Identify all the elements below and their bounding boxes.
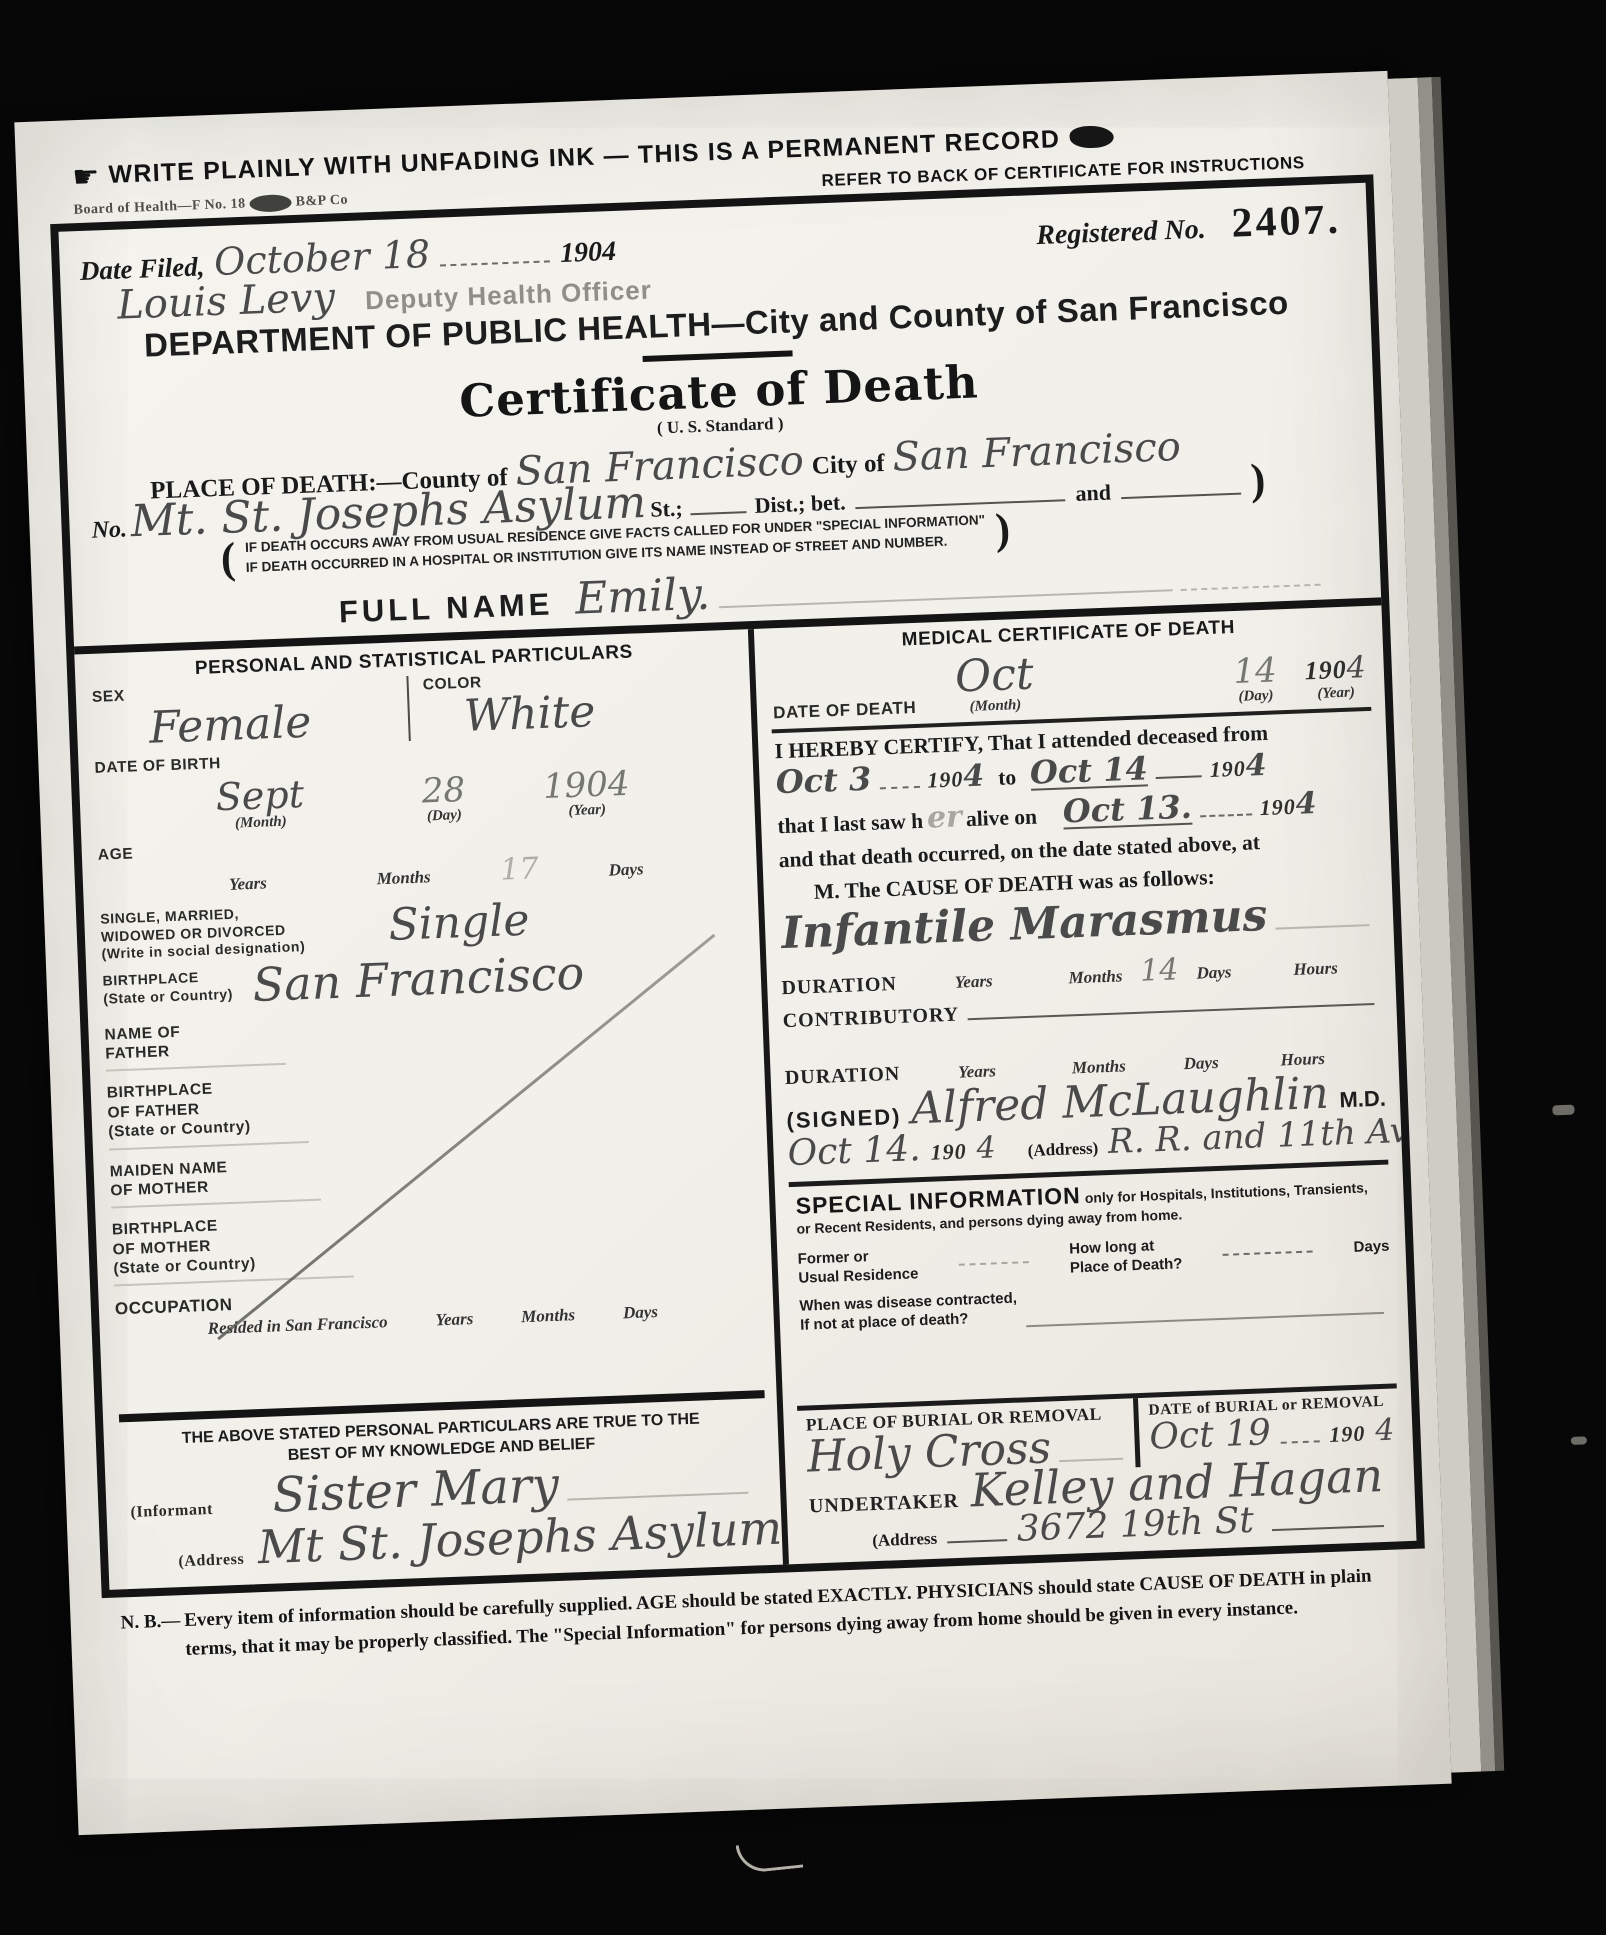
father-birthplace-field: BIRTHPLACE OF FATHER (State or Country) bbox=[106, 1060, 754, 1150]
city-label: City of bbox=[811, 450, 885, 481]
marital-value: Single bbox=[388, 899, 530, 948]
seal-stamp-icon bbox=[249, 194, 292, 213]
leader-line bbox=[1156, 771, 1202, 779]
howlong-label-1: How long at bbox=[1069, 1237, 1155, 1257]
registered-no-value: 2407. bbox=[1231, 196, 1342, 248]
dob-year: 1904 (Year) bbox=[542, 767, 630, 821]
date-of-death-label: DATE OF DEATH bbox=[773, 697, 917, 724]
and-label: and bbox=[1075, 480, 1111, 507]
sex-label: SEX bbox=[92, 688, 125, 706]
birthplace-label-sub: (State or Country) bbox=[103, 985, 233, 1006]
age-label: AGE bbox=[98, 845, 134, 863]
color-field: COLOR White bbox=[406, 664, 739, 742]
father-name-label-2: FATHER bbox=[105, 1043, 170, 1062]
certificate-border-box: Date Filed, October 18 1904 Registered N… bbox=[50, 174, 1425, 1598]
special-heading: SPECIAL INFORMATION only for Hospitals, … bbox=[795, 1171, 1388, 1240]
undertaker-address-label: (Address bbox=[872, 1529, 938, 1551]
father-name-label: NAME OF FATHER bbox=[104, 1023, 180, 1062]
full-name-label: FULL NAME bbox=[338, 587, 554, 631]
dob-year-value: 1904 bbox=[542, 767, 630, 804]
blank-field-line bbox=[1121, 489, 1241, 499]
birthplace-label: BIRTHPLACE (State or Country) bbox=[102, 968, 233, 1008]
date-filed-year: 1904 bbox=[560, 236, 617, 270]
mother-maiden-label: MAIDEN NAME OF MOTHER bbox=[109, 1159, 227, 1200]
attended-from-value: Oct 3 bbox=[775, 763, 872, 799]
duration2-days-unit: Days bbox=[1183, 1053, 1219, 1074]
attended-to-value: Oct 14 bbox=[1029, 752, 1148, 790]
howlong-days-unit: Days bbox=[1353, 1237, 1390, 1258]
attended-from-year-hw: 4 bbox=[963, 761, 985, 792]
city-value: San Francisco bbox=[892, 427, 1182, 478]
to-label: to bbox=[998, 765, 1017, 791]
father-bp-label-3: (State or Country) bbox=[108, 1118, 251, 1140]
blank-field-line bbox=[967, 999, 1374, 1020]
blank-field-line bbox=[1275, 920, 1369, 930]
howlong-label-2: Place of Death? bbox=[1070, 1255, 1183, 1276]
title-divider bbox=[643, 350, 793, 362]
special-note-1: only for Hospitals, Institutions, Transi… bbox=[1085, 1179, 1369, 1206]
blank-field-line bbox=[718, 585, 1172, 608]
mother-bp-label-1: BIRTHPLACE bbox=[112, 1218, 218, 1239]
leader-line bbox=[947, 1535, 1007, 1543]
duration1-label: DURATION bbox=[781, 973, 897, 1000]
form-code-right: B&P Co bbox=[295, 193, 348, 210]
blank-field-line bbox=[691, 507, 747, 515]
duration1-years-unit: Years bbox=[954, 971, 993, 992]
informant-box: THE ABOVE STATED PERSONAL PARTICULARS AR… bbox=[119, 1390, 771, 1589]
dob-month: Sept (Month) bbox=[215, 775, 305, 833]
blank-field-line bbox=[106, 1063, 286, 1072]
dod-year: 1904 (Year) bbox=[1304, 653, 1367, 703]
dist-label: Dist.; bet. bbox=[754, 489, 846, 518]
dob-day-value: 28 bbox=[421, 773, 466, 809]
contributory-label: CONTRIBUTORY bbox=[782, 1004, 959, 1034]
no-label: No. bbox=[91, 516, 127, 544]
page-curl-mark bbox=[736, 1839, 804, 1875]
father-bp-label-2: OF FATHER bbox=[107, 1101, 200, 1121]
dod-month: Oct (Month) bbox=[954, 653, 1035, 717]
mother-bp-label-3: (State or Country) bbox=[113, 1255, 256, 1277]
blank-field-line bbox=[1223, 1247, 1313, 1256]
attended-from-year-print: 190 bbox=[927, 766, 964, 793]
mother-maiden-label-1: MAIDEN NAME bbox=[109, 1159, 227, 1180]
dod-year-print: 190 bbox=[1304, 655, 1347, 686]
dob-day: 28 (Day) bbox=[421, 773, 466, 826]
father-birthplace-label: BIRTHPLACE OF FATHER (State or Country) bbox=[107, 1081, 252, 1141]
dob-month-value: Sept bbox=[215, 775, 304, 816]
blank-field-line bbox=[1181, 580, 1321, 591]
md-label: M.D. bbox=[1339, 1086, 1386, 1114]
leader-line bbox=[440, 256, 550, 266]
mother-birthplace-label: BIRTHPLACE OF MOTHER (State or Country) bbox=[112, 1218, 257, 1278]
personal-particulars-column: PERSONAL AND STATISTICAL PARTICULARS SEX… bbox=[74, 629, 789, 1590]
leader-line bbox=[879, 782, 919, 789]
date-of-birth-label: DATE OF BIRTH bbox=[94, 755, 221, 777]
dod-month-value: Oct bbox=[954, 653, 1034, 700]
age-months-unit: Months bbox=[376, 867, 431, 889]
father-bp-label-1: BIRTHPLACE bbox=[107, 1081, 213, 1102]
color-value: White bbox=[463, 685, 740, 739]
attended-to-year-hw: 4 bbox=[1245, 751, 1267, 782]
father-name-label-1: NAME OF bbox=[104, 1023, 180, 1043]
ink-stamp-mark bbox=[1070, 125, 1115, 149]
last-saw-year-print: 190 bbox=[1259, 794, 1296, 821]
resided-days-unit: Days bbox=[623, 1302, 659, 1323]
blank-field-line bbox=[1026, 1307, 1384, 1326]
burial-year-print: 190 bbox=[1329, 1421, 1366, 1448]
contracted-label: When was disease contracted, If not at p… bbox=[799, 1288, 1018, 1335]
mother-maiden-label-2: OF MOTHER bbox=[110, 1179, 209, 1200]
burial-date-value: Oct 19 bbox=[1149, 1415, 1272, 1456]
signed-year-print: 190 bbox=[930, 1138, 967, 1165]
note-open-paren: ( bbox=[220, 536, 236, 581]
last-saw-pre: that I last saw h bbox=[777, 809, 924, 839]
contracted-label-1: When was disease contracted, bbox=[799, 1289, 1017, 1314]
note-close-paren: ) bbox=[995, 507, 1011, 552]
duration1-days-value: 14 bbox=[1140, 955, 1179, 986]
sex-value: Female bbox=[148, 697, 409, 751]
burial-year-hw: 4 bbox=[1375, 1416, 1395, 1447]
last-saw-year-hw: 4 bbox=[1295, 789, 1317, 820]
mother-birthplace-field: BIRTHPLACE OF MOTHER (State or Country) bbox=[112, 1197, 760, 1287]
certify-paragraph: I HEREBY CERTIFY, That I attended deceas… bbox=[772, 711, 1380, 956]
footer-note-prefix: N. B.— bbox=[120, 1607, 182, 1666]
former-residence-label: Former or Usual Residence bbox=[797, 1245, 918, 1288]
medical-certificate-column: MEDICAL CERTIFICATE OF DEATH DATE OF DEA… bbox=[754, 605, 1417, 1564]
blank-field-line bbox=[111, 1199, 321, 1209]
st-label: St.; bbox=[650, 496, 683, 523]
signed-address-value: R. R. and 11th Aves bbox=[1107, 1112, 1416, 1159]
dob-day-unit: (Day) bbox=[422, 807, 466, 826]
duration1-hours-unit: Hours bbox=[1293, 958, 1338, 980]
registered-no-label: Registered No. bbox=[1036, 214, 1207, 252]
health-officer-signature: Louis Levy bbox=[117, 277, 336, 325]
form-code-left: Board of Health—F No. 18 bbox=[73, 196, 246, 217]
blank-field-line bbox=[109, 1141, 309, 1151]
age-days-value: 17 bbox=[500, 854, 539, 885]
last-saw-er: er bbox=[926, 802, 962, 833]
photo-smudge bbox=[1571, 1436, 1587, 1445]
signed-date-value: Oct 14. bbox=[787, 1131, 921, 1172]
informant-address-label: (Address bbox=[178, 1550, 245, 1572]
undertaker-address-value: 3672 19th St bbox=[1016, 1503, 1254, 1548]
dod-day: 14 (Day) bbox=[1233, 653, 1278, 706]
mother-bp-label-2: OF MOTHER bbox=[112, 1237, 211, 1258]
scanned-death-certificate-photo: { "icons": { "pointing_hand": "☛" }, "ba… bbox=[0, 0, 1606, 1935]
contracted-label-2: If not at place of death? bbox=[800, 1311, 969, 1334]
photo-smudge bbox=[1552, 1105, 1574, 1116]
how-long-label: How long at Place of Death? bbox=[1069, 1235, 1183, 1278]
duration2-label: DURATION bbox=[784, 1063, 900, 1090]
blank-field-line bbox=[567, 1488, 748, 1501]
dod-day-value: 14 bbox=[1233, 653, 1278, 689]
full-name-value: Emily. bbox=[574, 573, 711, 622]
mother-maiden-field: MAIDEN NAME OF MOTHER bbox=[109, 1138, 756, 1209]
pointing-hand-icon: ☛ bbox=[72, 159, 101, 195]
closing-paren: ) bbox=[1250, 458, 1266, 503]
particulars-columns: PERSONAL AND STATISTICAL PARTICULARS SEX… bbox=[74, 597, 1416, 1589]
blank-field-line bbox=[1272, 1521, 1384, 1531]
signed-year-hw: 4 bbox=[976, 1133, 996, 1164]
signed-address-label: (Address) bbox=[1027, 1138, 1098, 1161]
dod-day-unit: (Day) bbox=[1234, 687, 1278, 706]
father-name-field: NAME OF FATHER bbox=[104, 1001, 751, 1072]
birthplace-label-main: BIRTHPLACE bbox=[102, 969, 199, 989]
former-label-2: Usual Residence bbox=[798, 1265, 919, 1286]
dod-year-hw: 4 bbox=[1346, 650, 1366, 686]
certificate-sheet: ☛ WRITE PLAINLY WITH UNFADING INK — THIS… bbox=[14, 71, 1451, 1835]
resided-years-unit: Years bbox=[435, 1309, 474, 1330]
former-label-1: Former or bbox=[797, 1248, 868, 1268]
duration1-days-unit: Days bbox=[1196, 962, 1232, 983]
leader-line bbox=[1281, 1436, 1320, 1443]
informant-label: (Informant bbox=[130, 1500, 213, 1523]
blank-field-line bbox=[114, 1276, 354, 1287]
marital-label: SINGLE, MARRIED, WIDOWED OR DIVORCED (Wr… bbox=[100, 903, 306, 963]
birthplace-value: San Francisco bbox=[252, 949, 585, 1007]
special-information-section: SPECIAL INFORMATION only for Hospitals, … bbox=[789, 1160, 1394, 1340]
age-years-unit: Years bbox=[229, 874, 268, 895]
dod-year-unit: (Year) bbox=[1305, 684, 1367, 703]
resided-months-unit: Months bbox=[521, 1305, 576, 1327]
burial-section: PLACE OF BURIAL OR REMOVAL Holy Cross DA… bbox=[797, 1383, 1402, 1563]
age-days-unit: Days bbox=[608, 859, 644, 880]
duration1-months-unit: Months bbox=[1068, 966, 1123, 988]
alive-on-label: alive on bbox=[966, 805, 1038, 833]
blank-field-line bbox=[959, 1257, 1029, 1266]
sex-field: SEX Female bbox=[92, 676, 409, 753]
leader-line bbox=[1200, 809, 1252, 817]
attended-to-year-print: 190 bbox=[1209, 756, 1246, 783]
last-saw-date: Oct 13. bbox=[1062, 791, 1192, 830]
